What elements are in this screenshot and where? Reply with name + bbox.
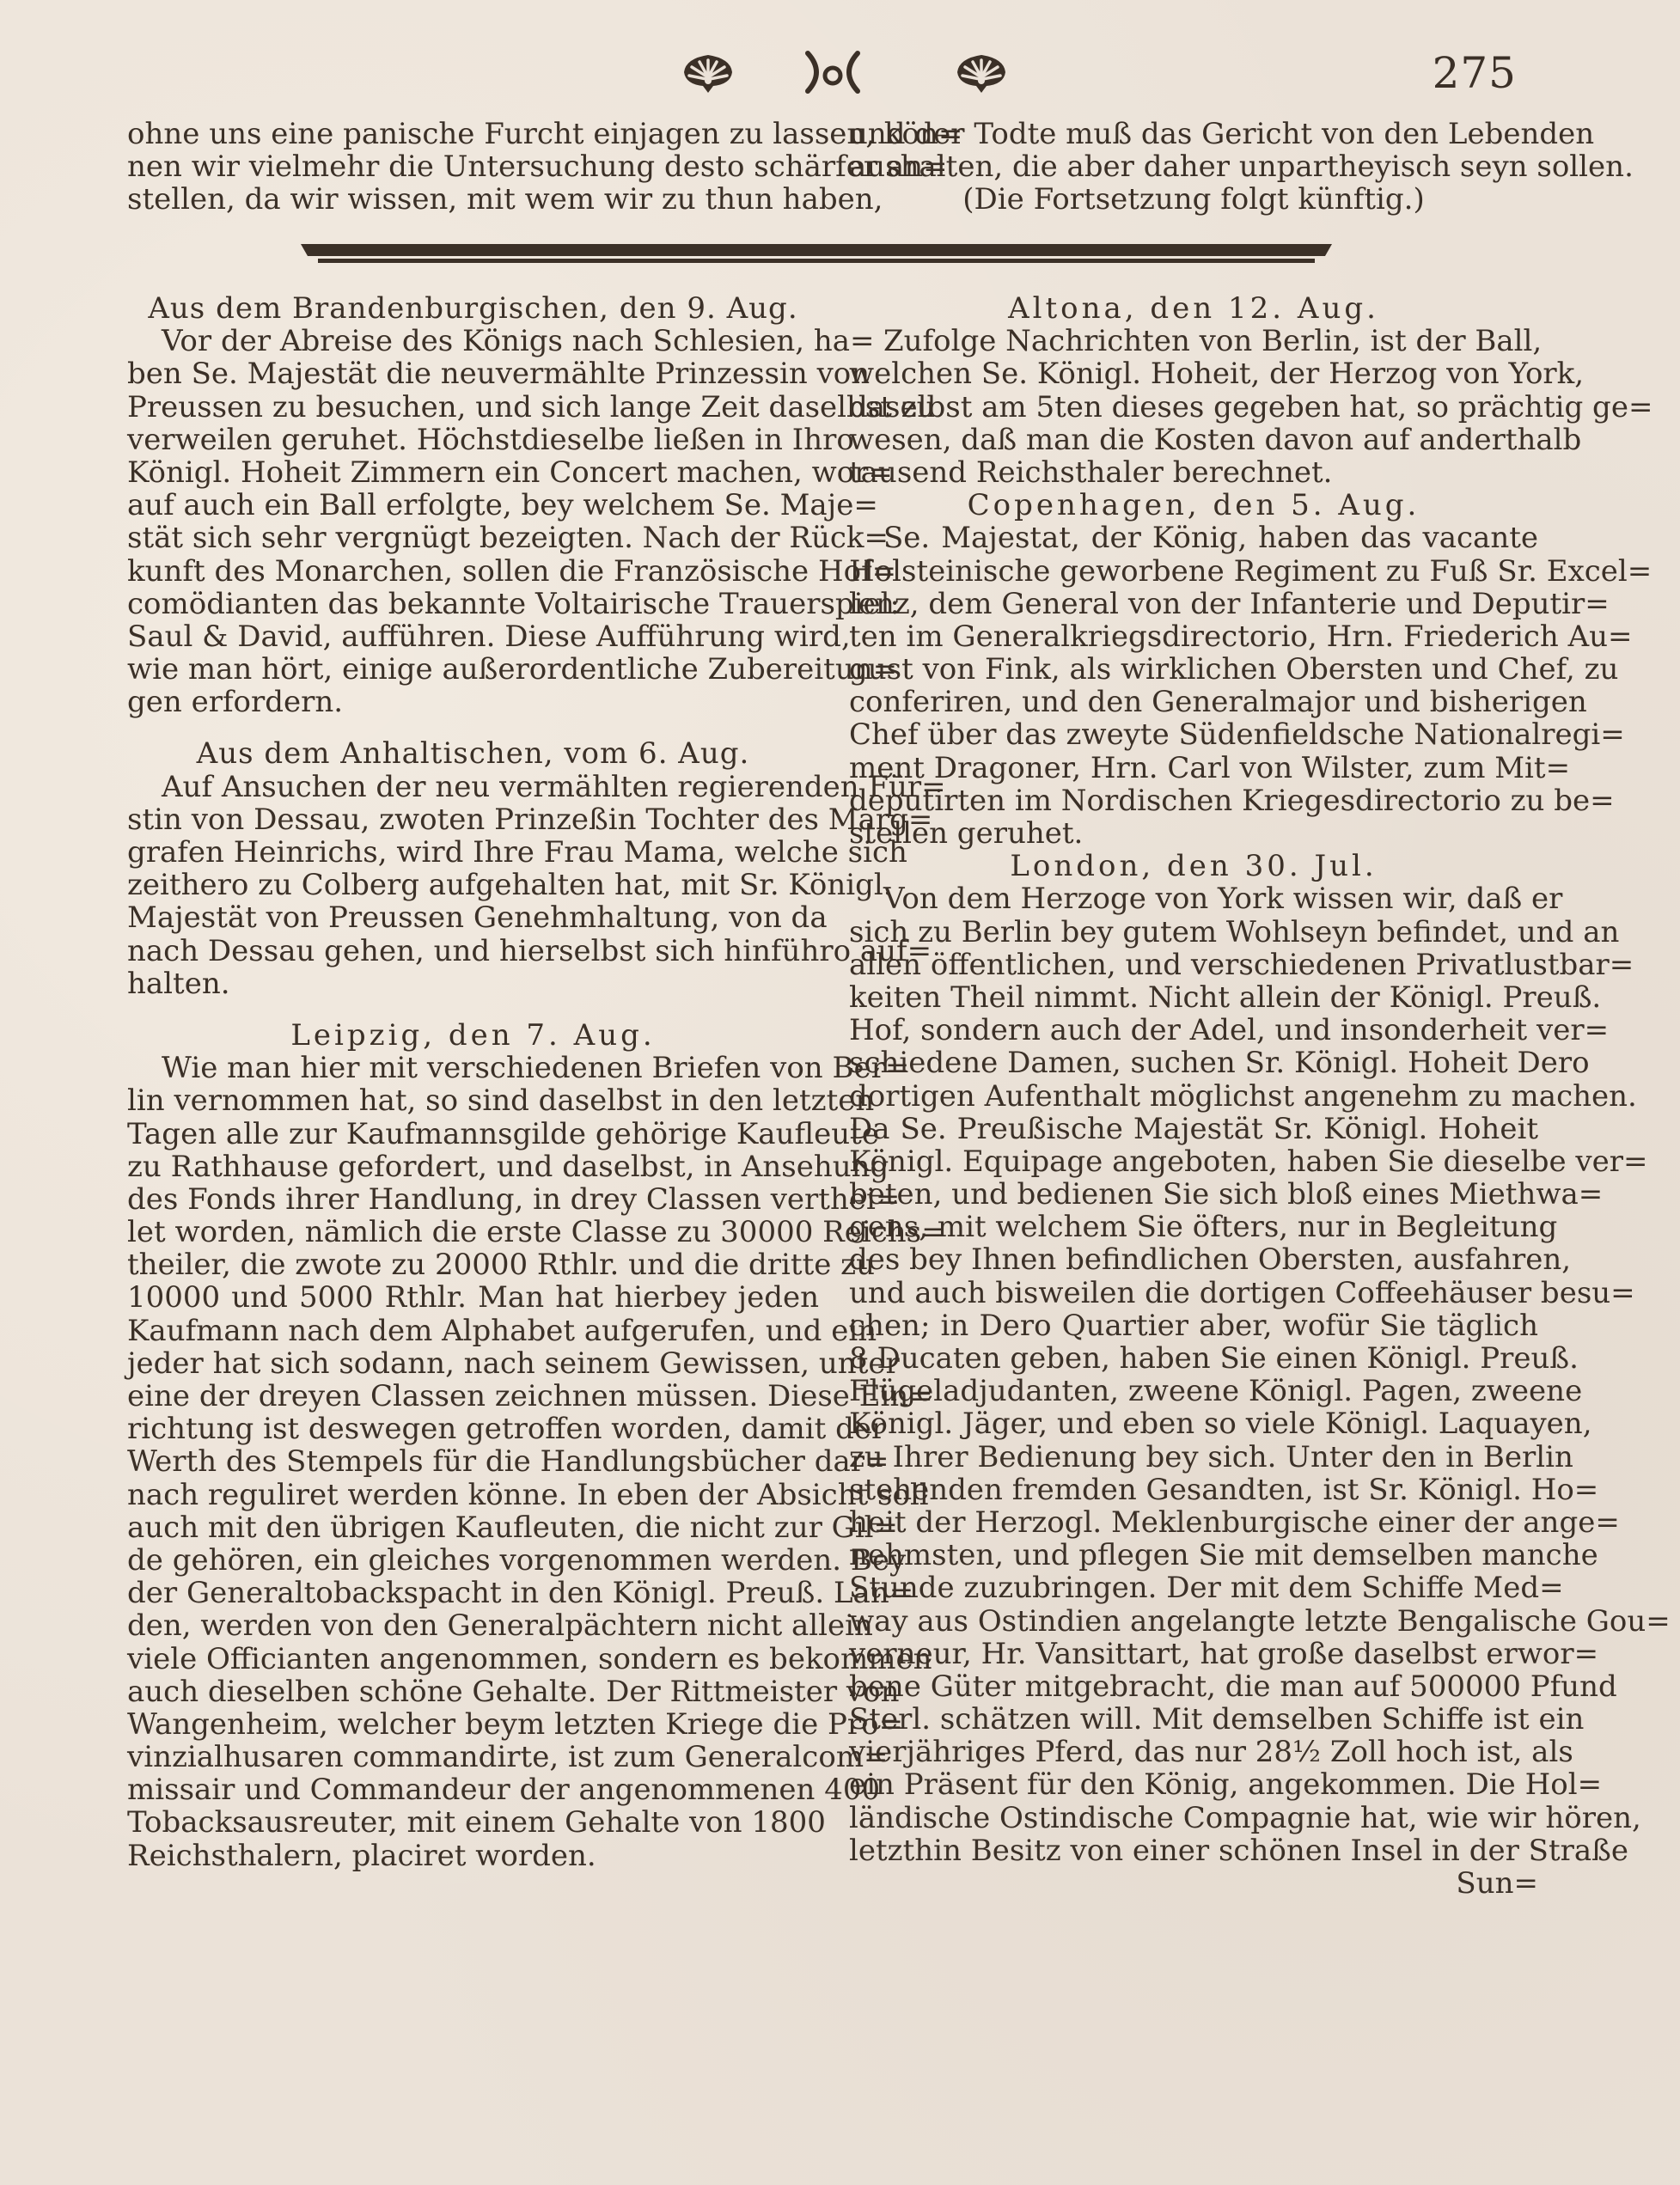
text-line: de gehören, ein gleiches vorgenommen wer… [127,1544,819,1577]
text-line: kunft des Monarchen, sollen die Französi… [127,555,819,588]
text-line: des bey Ihnen befindlichen Obersten, aus… [849,1243,1538,1276]
text-line: chen; in Dero Quartier aber, wofür Sie t… [849,1309,1538,1342]
text-line: dortigen Aufenthalt möglichst angenehm z… [849,1080,1538,1113]
text-line: stellen, da wir wissen, mit wem wir zu t… [127,183,819,216]
text-line: stät sich sehr vergnügt bezeigten. Nach … [127,522,819,554]
article-anhalt: Aus dem Anhaltischen, vom 6. Aug. Auf An… [127,737,819,1000]
text-line: allen öffentlichen, und verschiedenen Pr… [849,949,1538,981]
article-dateline: Copenhagen, den 5. Aug. [849,489,1538,522]
text-line: Chef über das zweyte Südenfieldsche Nati… [849,718,1538,751]
text-line: der Generaltobackspacht in den Königl. P… [127,1577,819,1609]
top-right-continuation: und der Todte muß das Gericht von den Le… [849,118,1538,217]
text-line: nach reguliret werden könne. In eben der… [127,1479,819,1511]
article-dateline: Aus dem Anhaltischen, vom 6. Aug. [127,737,819,770]
text-line: Königl. Equipage angeboten, haben Sie di… [849,1145,1538,1178]
shell-ornament-icon [954,52,1009,96]
text-line: wesen, daß man die Kosten davon auf ande… [849,424,1538,456]
text-line: des Fonds ihrer Handlung, in drey Classe… [127,1183,819,1216]
text-line: auch dieselben schöne Gehalte. Der Rittm… [127,1675,819,1708]
article-dateline: Aus dem Brandenburgischen, den 9. Aug. [127,292,819,325]
text-line: verweilen geruhet. Höchstdieselbe ließen… [127,424,819,456]
text-line: Zufolge Nachrichten von Berlin, ist der … [849,325,1538,357]
text-line: ohne uns eine panische Furcht einjagen z… [127,118,819,150]
fleuron-ornament-icon [803,48,863,96]
text-line: nen wir vielmehr die Untersuchung desto … [127,150,819,183]
text-line: sich zu Berlin bey gutem Wohlseyn befind… [849,916,1538,949]
text-line: auf auch ein Ball erfolgte, bey welchem … [127,489,819,522]
text-line: stin von Dessau, zwoten Prinzeßin Tochte… [127,803,819,836]
article-dateline: London, den 30. Jul. [849,850,1538,882]
top-left-continuation: ohne uns eine panische Furcht einjagen z… [127,118,819,217]
text-line: ländische Ostindische Compagnie hat, wie… [849,1802,1538,1834]
text-line: Wangenheim, welcher beym letzten Kriege … [127,1708,819,1741]
article-dateline: Leipzig, den 7. Aug. [127,1019,819,1052]
text-line: let worden, nämlich die erste Classe zu … [127,1216,819,1248]
text-line: Von dem Herzoge von York wissen wir, daß… [849,882,1538,915]
text-line: ein Präsent für den König, angekommen. D… [849,1768,1538,1801]
text-line: Vor der Abreise des Königs nach Schlesie… [127,325,819,357]
text-line: nehmsten, und pflegen Sie mit demselben … [849,1539,1538,1572]
text-line: gens, mit welchem Sie öfters, nur in Beg… [849,1211,1538,1243]
text-line: richtung ist deswegen getroffen worden, … [127,1413,819,1445]
text-line: lenz, dem General von der Infanterie und… [849,588,1538,620]
article-copenhagen: Copenhagen, den 5. Aug. Se. Majestat, de… [849,489,1538,850]
text-line: schiedene Damen, suchen Sr. Königl. Hohe… [849,1047,1538,1079]
page-number: 275 [1433,48,1517,98]
text-line: Wie man hier mit verschiedenen Briefen v… [127,1052,819,1084]
text-line: daselbst am 5ten dieses gegeben hat, so … [849,391,1538,424]
text-line: conferiren, und den Generalmajor und bis… [849,686,1538,718]
section-divider-rule [301,242,1332,265]
text-line: aushalten, die aber daher unpartheyisch … [849,150,1538,183]
text-line: 10000 und 5000 Rthlr. Man hat hierbey je… [127,1281,819,1314]
text-line: zu Ihrer Bedienung bey sich. Unter den i… [849,1441,1538,1474]
text-line: vierjähriges Pferd, das nur 28½ Zoll hoc… [849,1736,1538,1768]
text-line: nach Dessau gehen, und hierselbst sich h… [127,935,819,967]
text-line: Da Se. Preußische Majestät Sr. Königl. H… [849,1113,1538,1145]
text-line: ment Dragoner, Hrn. Carl von Wilster, zu… [849,752,1538,784]
text-line: stellen geruhet. [849,817,1538,850]
text-line: keiten Theil nimmt. Nicht allein der Kön… [849,981,1538,1014]
text-line: Preussen zu besuchen, und sich lange Zei… [127,391,819,424]
text-line: Se. Majestat, der König, haben das vacan… [849,522,1538,554]
text-line: gen erfordern. [127,686,819,718]
text-line: Stunde zuzubringen. Der mit dem Schiffe … [849,1572,1538,1604]
text-line: und der Todte muß das Gericht von den Le… [849,118,1538,150]
text-line: tausend Reichsthaler berechnet. [849,456,1538,489]
article-london: London, den 30. Jul. Von dem Herzoge von… [849,850,1538,1900]
text-line: viele Officianten angenommen, sondern es… [127,1643,819,1675]
text-line: wie man hört, einige außerordentliche Zu… [127,653,819,686]
text-line: halten. [127,967,819,1000]
text-line: verneur, Hr. Vansittart, hat große dasel… [849,1638,1538,1670]
article-brandenburg: Aus dem Brandenburgischen, den 9. Aug. V… [127,292,819,718]
text-line: stehenden fremden Gesandten, ist Sr. Kön… [849,1474,1538,1506]
shell-ornament-icon [681,52,736,96]
article-leipzig: Leipzig, den 7. Aug. Wie man hier mit ve… [127,1019,819,1872]
text-line: Werth des Stempels für die Handlungsbüch… [127,1445,819,1478]
newspaper-page: 275 ohne uns eine panische Furcht einjag… [0,0,1680,2185]
article-altona: Altona, den 12. Aug. Zufolge Nachrichten… [849,292,1538,489]
page-header: 275 [0,43,1680,112]
catchword: Sun= [849,1867,1538,1900]
text-line: missair und Commandeur der angenommenen … [127,1773,819,1806]
text-line: bene Güter mitgebracht, die man auf 5000… [849,1670,1538,1703]
text-line: letzthin Besitz von einer schönen Insel … [849,1834,1538,1867]
text-line: Hof, sondern auch der Adel, und insonder… [849,1014,1538,1047]
text-line: grafen Heinrichs, wird Ihre Frau Mama, w… [127,836,819,869]
text-line: beten, und bedienen Sie sich bloß eines … [849,1178,1538,1211]
text-line: Reichsthalern, placiret worden. [127,1840,819,1872]
text-line: zeithero zu Colberg aufgehalten hat, mit… [127,869,819,901]
text-line: Auf Ansuchen der neu vermählten regieren… [127,771,819,803]
continuation-note: (Die Fortsetzung folgt künftig.) [849,183,1538,216]
text-line: Tagen alle zur Kaufmannsgilde gehörige K… [127,1118,819,1150]
text-line: vinzialhusaren commandirte, ist zum Gene… [127,1741,819,1773]
text-line: und auch bisweilen die dortigen Coffeehä… [849,1277,1538,1309]
text-line: 8 Ducaten geben, haben Sie einen Königl.… [849,1342,1538,1375]
right-column: Altona, den 12. Aug. Zufolge Nachrichten… [849,292,1538,1900]
text-line: eine der dreyen Classen zeichnen müssen.… [127,1380,819,1413]
text-line: jeder hat sich sodann, nach seinem Gewis… [127,1347,819,1380]
text-line: Sterl. schätzen will. Mit demselben Schi… [849,1703,1538,1736]
text-line: zu Rathhause gefordert, und daselbst, in… [127,1150,819,1183]
text-line: Majestät von Preussen Genehmhaltung, von… [127,901,819,934]
text-line: lin vernommen hat, so sind daselbst in d… [127,1084,819,1117]
text-line: den, werden von den Generalpächtern nich… [127,1609,819,1642]
text-line: Königl. Jäger, und eben so viele Königl.… [849,1407,1538,1440]
text-line: Holsteinische geworbene Regiment zu Fuß … [849,555,1538,588]
text-line: way aus Ostindien angelangte letzte Beng… [849,1605,1538,1638]
article-dateline: Altona, den 12. Aug. [849,292,1538,325]
text-line: ben Se. Majestät die neuvermählte Prinze… [127,357,819,390]
text-line: Flügeladjudanten, zweene Königl. Pagen, … [849,1375,1538,1407]
text-line: theiler, die zwote zu 20000 Rthlr. und d… [127,1248,819,1281]
text-line: ten im Generalkriegsdirectorio, Hrn. Fri… [849,620,1538,653]
text-line: Saul & David, aufführen. Diese Aufführun… [127,620,819,653]
text-line: Tobacksausreuter, mit einem Gehalte von … [127,1806,819,1839]
text-line: comödianten das bekannte Voltairische Tr… [127,588,819,620]
text-line: heit der Herzogl. Meklenburgische einer … [849,1506,1538,1539]
text-line: welchen Se. Königl. Hoheit, der Herzog v… [849,357,1538,390]
text-line: auch mit den übrigen Kaufleuten, die nic… [127,1511,819,1544]
left-column: Aus dem Brandenburgischen, den 9. Aug. V… [127,292,819,1872]
text-line: deputirten im Nordischen Kriegesdirector… [849,784,1538,817]
text-line: Königl. Hoheit Zimmern ein Concert mache… [127,456,819,489]
text-line: gust von Fink, als wirklichen Obersten u… [849,653,1538,686]
text-line: Kaufmann nach dem Alphabet aufgerufen, u… [127,1315,819,1347]
